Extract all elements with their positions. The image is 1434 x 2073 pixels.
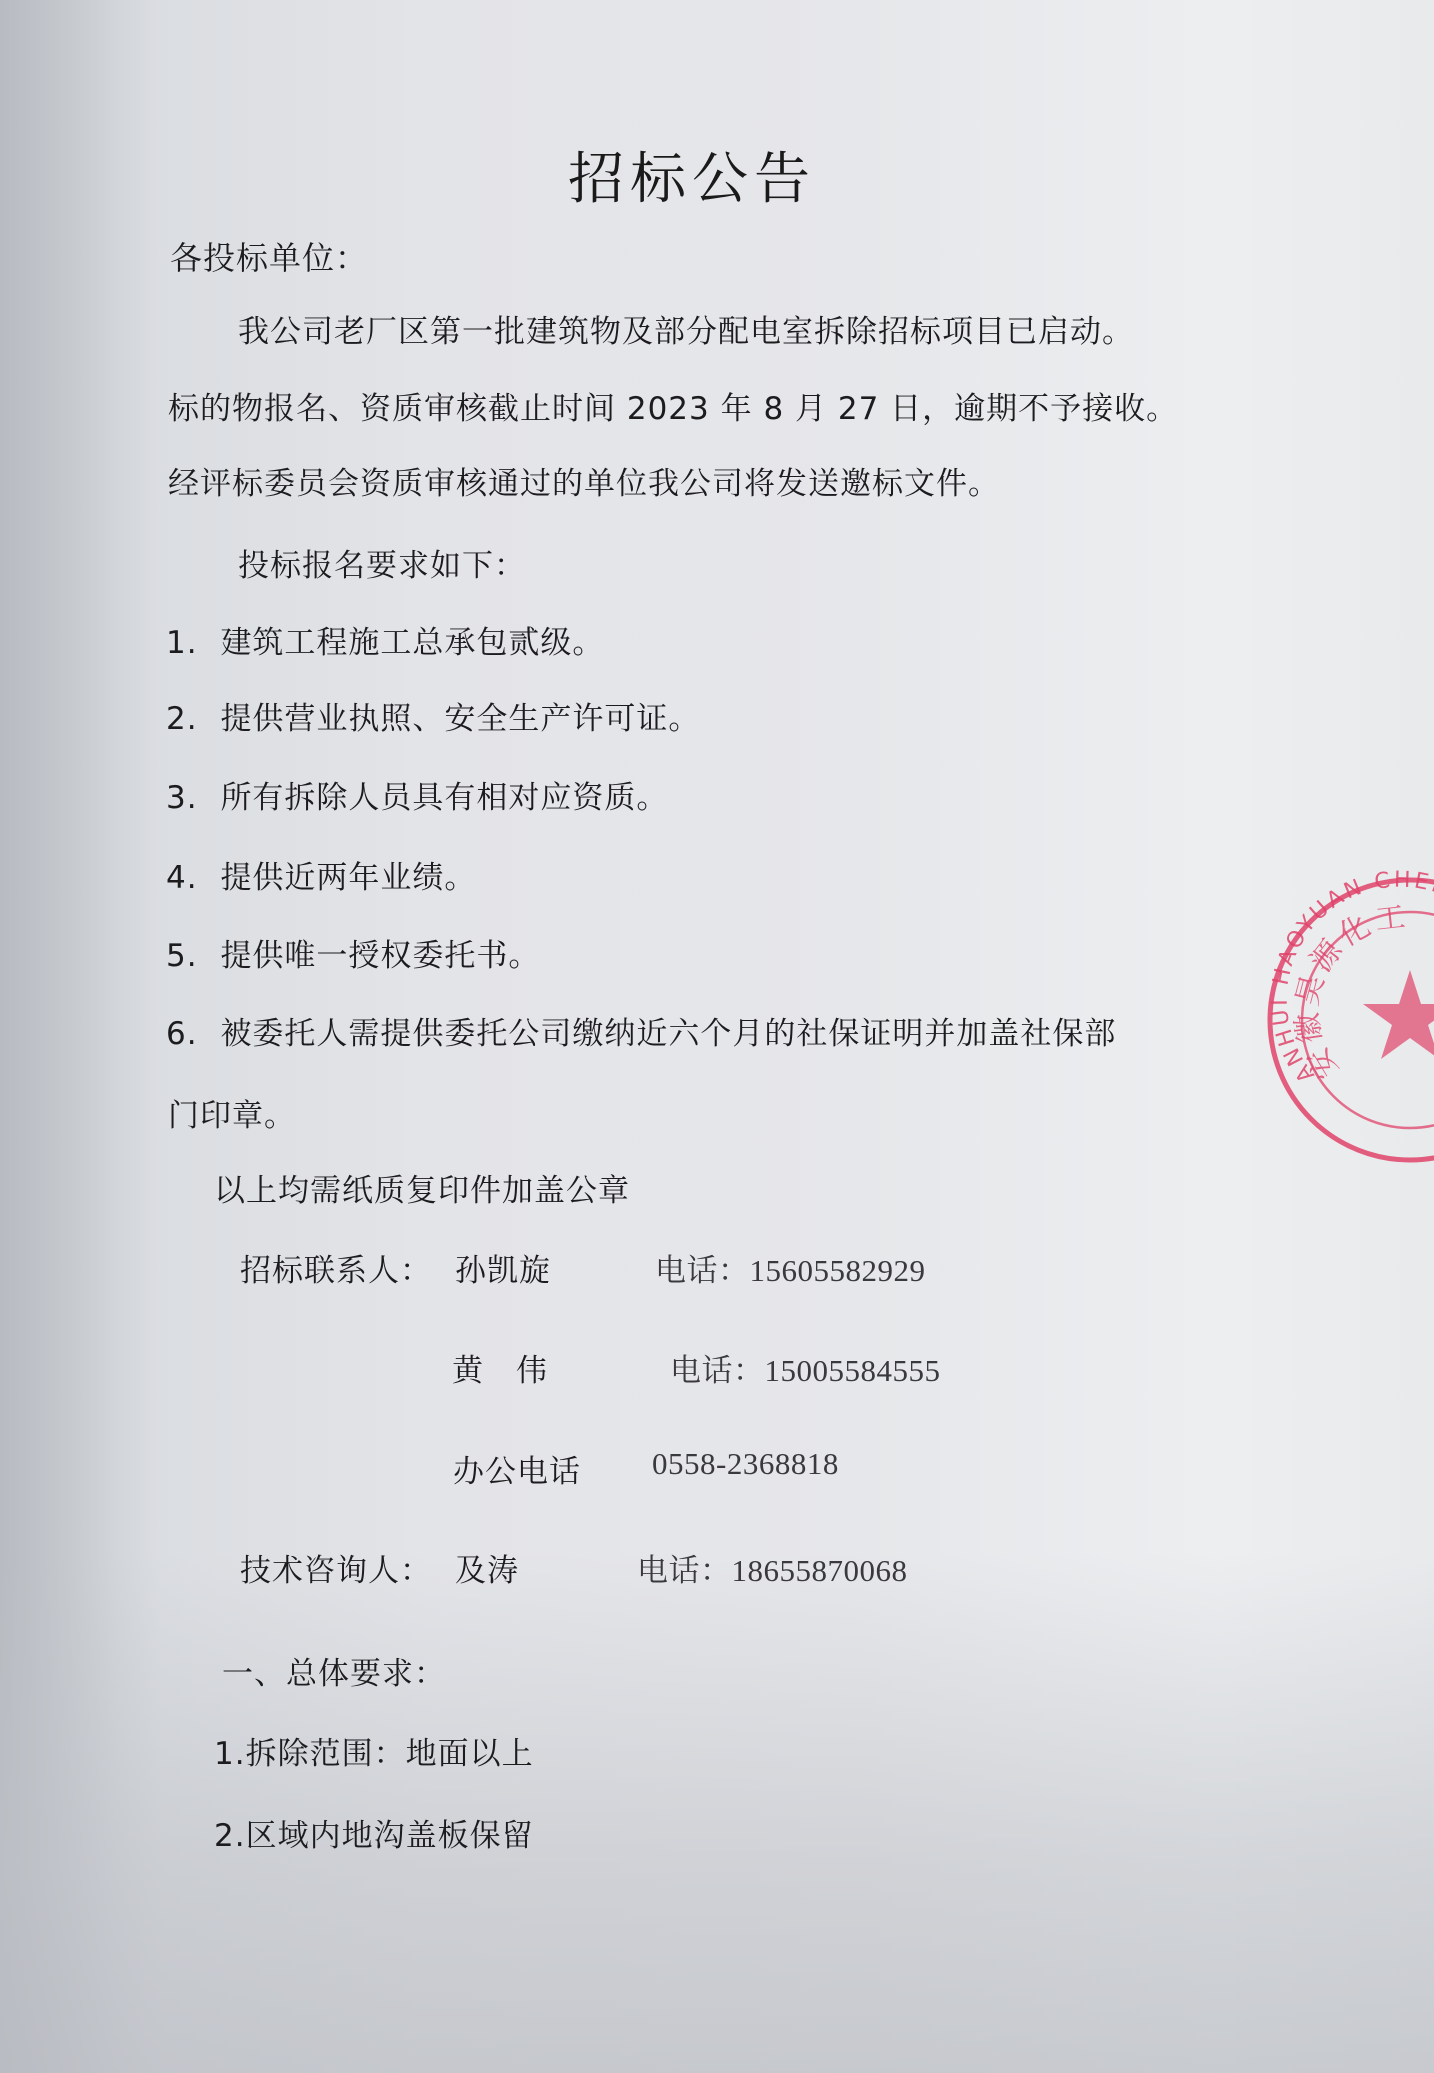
requirement-item: 4. 提供近两年业绩。 (166, 852, 476, 897)
company-seal-stamp: ANHUI HAOYUAN CHEMI 安徽昊源化工 (1255, 870, 1434, 1170)
phone-label: 电话： (670, 1353, 765, 1388)
bidding-contact-1-name: 孙凯旋 (455, 1245, 551, 1290)
bidding-contact-label: 招标联系人： (240, 1245, 432, 1290)
requirement-item: 5. 提供唯一授权委托书。 (166, 930, 540, 975)
requirement-text: 建筑工程施工总承包贰级。 (220, 625, 604, 661)
intro-line-1: 我公司老厂区第一批建筑物及部分配电室拆除招标项目已启动。 (238, 306, 1134, 351)
phone-number: 15005584555 (765, 1353, 941, 1388)
technical-contact-label: 技术咨询人： (240, 1545, 432, 1590)
bidding-contact-2-phone: 电话：15005584555 (670, 1345, 941, 1390)
page-shadow-left (0, 0, 160, 2073)
copies-note: 以上均需纸质复印件加盖公章 (214, 1165, 630, 1210)
bidding-contact-2-name: 黄 伟 (452, 1345, 548, 1390)
requirement-item: 1. 建筑工程施工总承包贰级。 (166, 617, 604, 662)
requirement-text: 被委托人需提供委托公司缴纳近六个月的社保证明并加盖社保部 (220, 1016, 1116, 1052)
requirement-text: 提供近两年业绩。 (220, 860, 476, 896)
requirement-text: 提供营业执照、安全生产许可证。 (220, 701, 700, 737)
seal-star-icon (1363, 970, 1434, 1059)
requirement-text: 提供唯一授权委托书。 (220, 938, 540, 974)
phone-number: 15605582929 (750, 1253, 926, 1288)
general-requirements-heading: 一、总体要求： (222, 1648, 446, 1693)
requirement-number: 6. (166, 1016, 198, 1052)
requirement-text: 所有拆除人员具有相对应资质。 (220, 780, 668, 816)
svg-text:ANHUI HAOYUAN CHEMI: ANHUI HAOYUAN CHEMI (1268, 870, 1434, 1087)
intro-line-3: 经评标委员会资质审核通过的单位我公司将发送邀标文件。 (168, 458, 1000, 503)
phone-label: 电话： (637, 1553, 732, 1588)
general-requirement-item: 2.区域内地沟盖板保留 (214, 1810, 534, 1855)
requirement-number: 5. (166, 938, 198, 974)
requirement-number: 2. (166, 701, 198, 737)
svg-text:安徽昊源化工: 安徽昊源化工 (1289, 899, 1411, 1085)
phone-number: 18655870068 (732, 1553, 908, 1588)
requirement-item: 6. 被委托人需提供委托公司缴纳近六个月的社保证明并加盖社保部 (166, 1008, 1116, 1053)
technical-contact-name: 及涛 (455, 1545, 519, 1590)
office-phone-number: 0558-2368818 (652, 1446, 839, 1482)
requirements-heading: 投标报名要求如下： (238, 540, 526, 585)
document-title: 招标公告 (568, 135, 816, 215)
seal-outer-text: ANHUI HAOYUAN CHEMI (1268, 870, 1434, 1087)
technical-contact-phone: 电话：18655870068 (637, 1545, 908, 1590)
requirement-number: 4. (166, 860, 198, 896)
requirement-number: 3. (166, 780, 198, 816)
phone-label: 电话： (655, 1253, 750, 1288)
requirement-item: 3. 所有拆除人员具有相对应资质。 (166, 772, 668, 817)
seal-inner-text: 安徽昊源化工 (1289, 899, 1411, 1085)
office-phone-label: 办公电话 (453, 1446, 581, 1491)
general-requirement-item: 1.拆除范围：地面以上 (214, 1728, 534, 1773)
salutation: 各投标单位： (170, 233, 368, 279)
requirement-item: 2. 提供营业执照、安全生产许可证。 (166, 693, 700, 738)
requirement-continuation: 门印章。 (168, 1090, 296, 1135)
bidding-contact-1-phone: 电话：15605582929 (655, 1245, 926, 1290)
requirement-number: 1. (166, 625, 198, 661)
intro-line-2: 标的物报名、资质审核截止时间 2023 年 8 月 27 日，逾期不予接收。 (168, 383, 1178, 428)
